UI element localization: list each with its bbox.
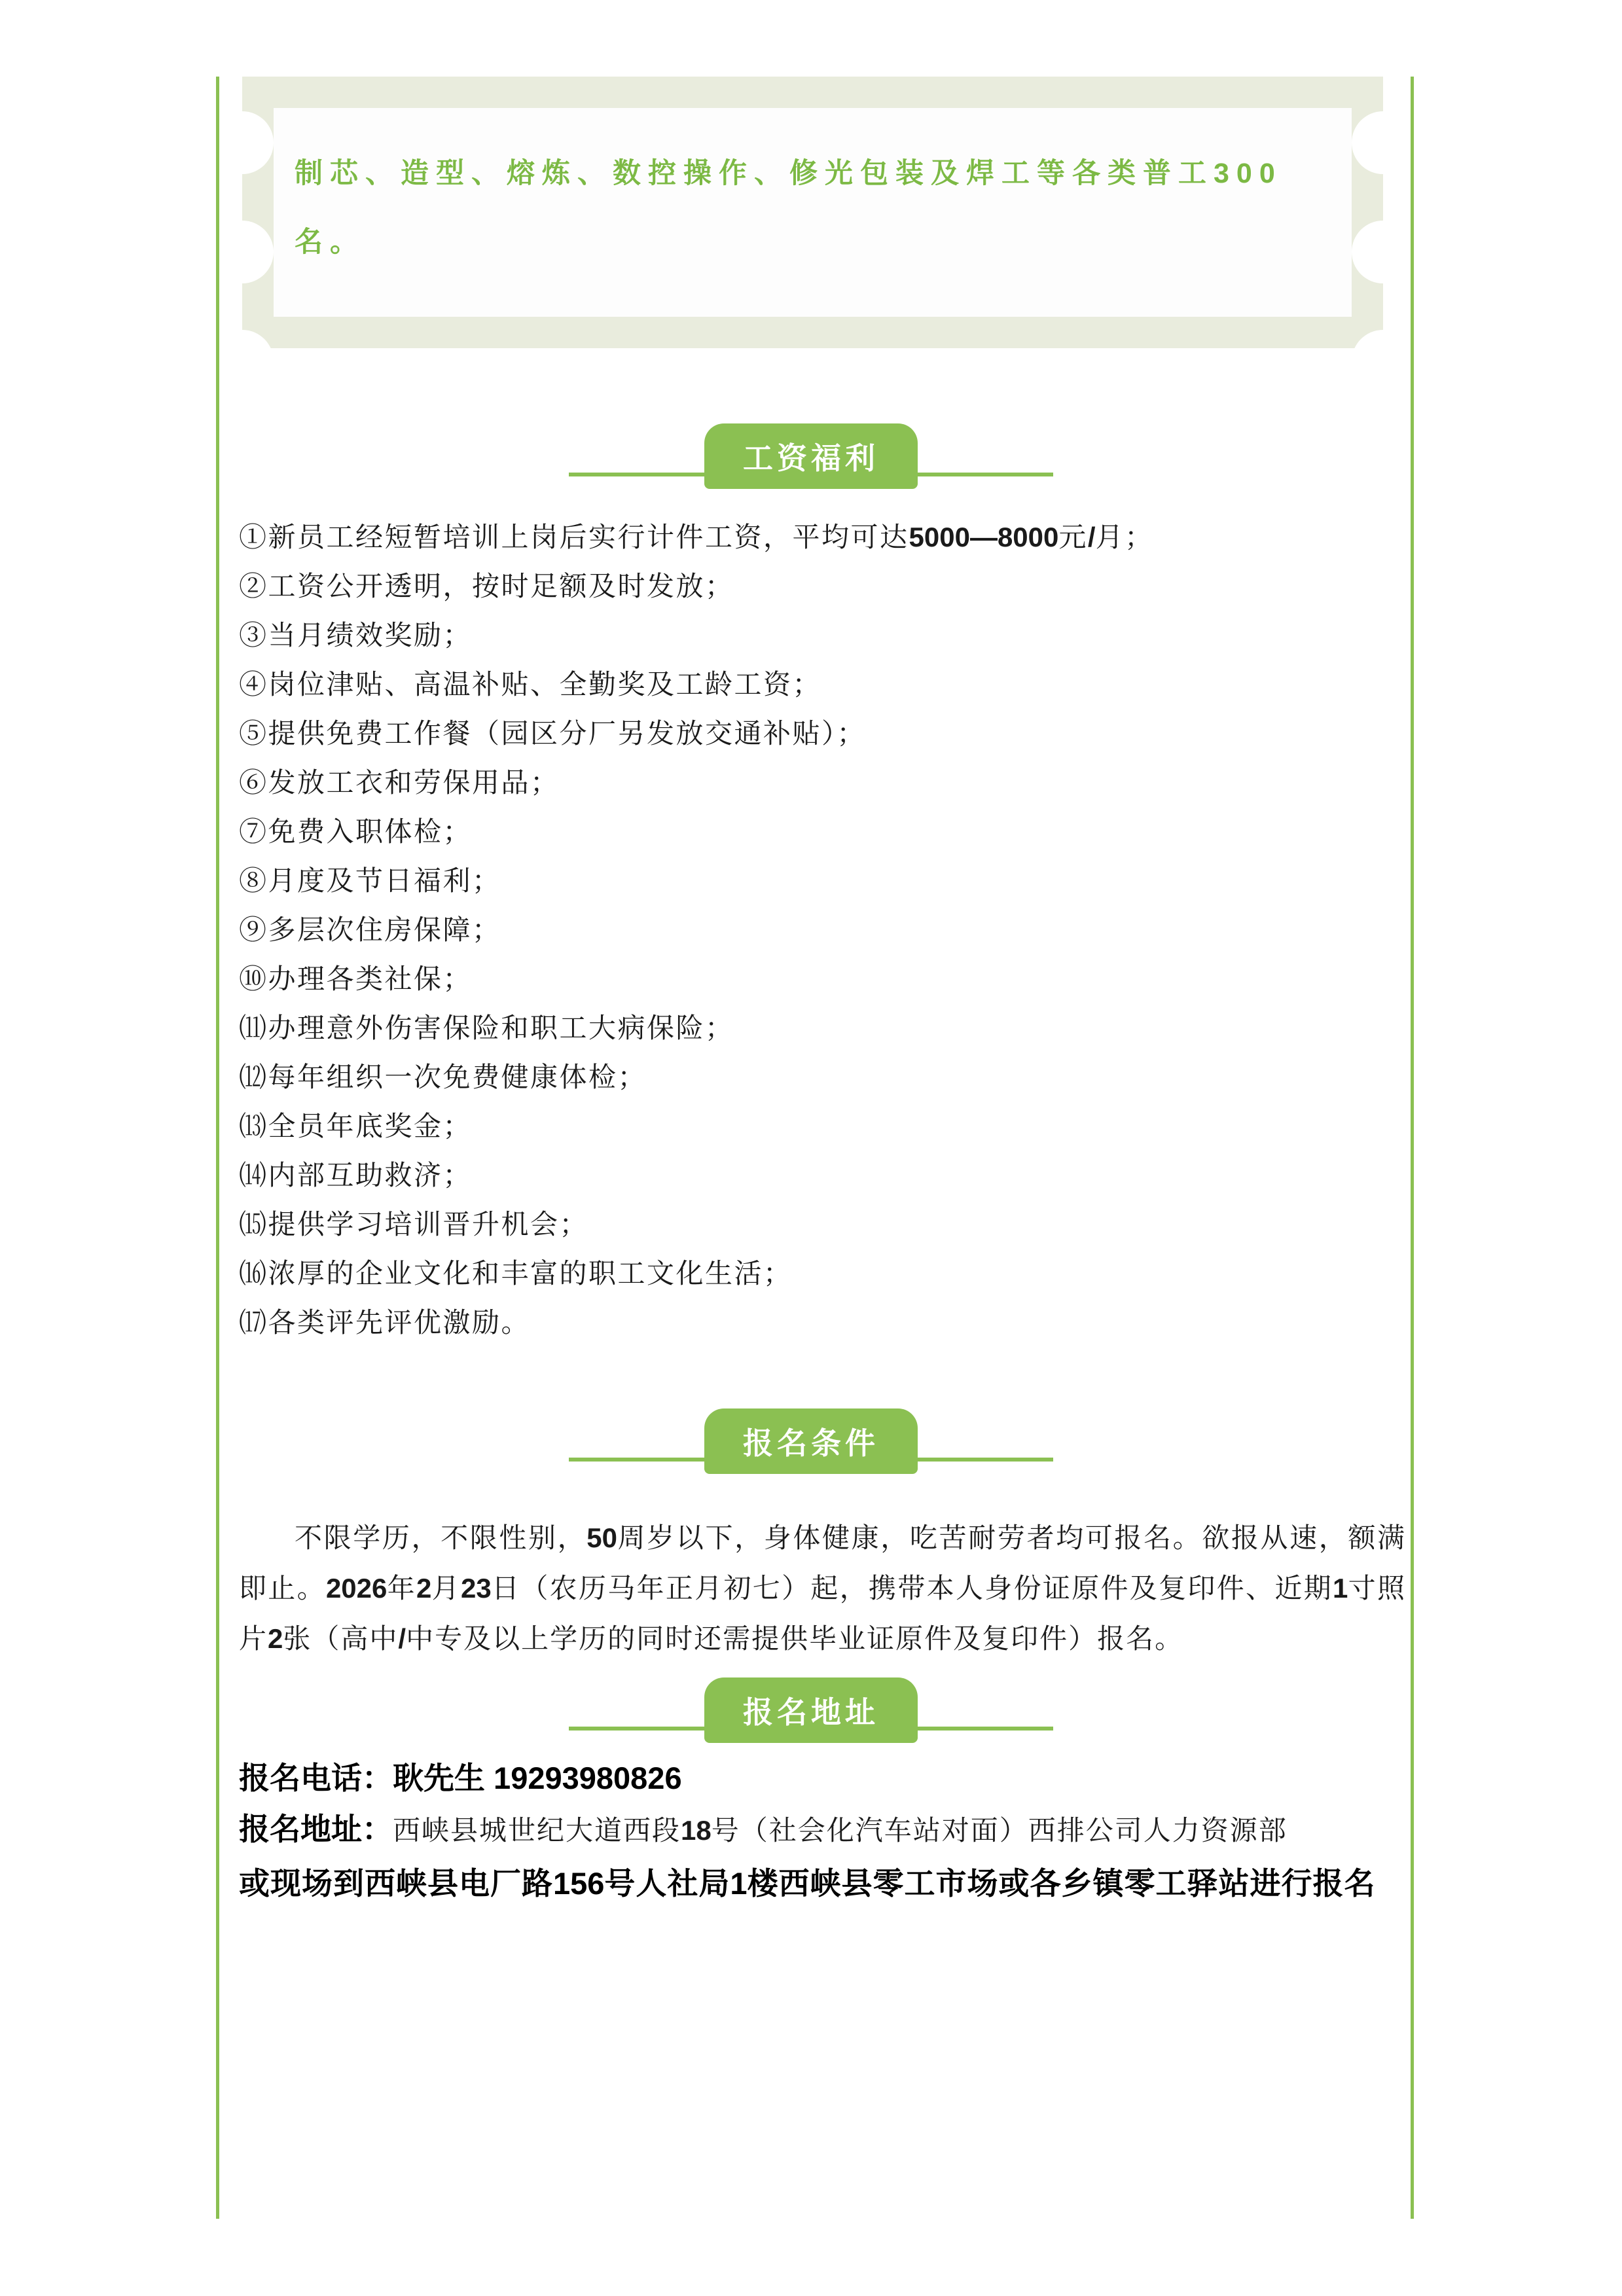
benefit-item: ⒁内部互助救济；: [239, 1152, 1407, 1201]
phone-value: 耿先生 19293980826: [393, 1761, 682, 1795]
conditions-paragraph: 不限学历，不限性别，50周岁以下，身体健康，吃苦耐劳者均可报名。欲报从速，额满即…: [239, 1513, 1406, 1664]
positions-ticket-banner: 制芯、造型、熔炼、数控操作、修光包装及焊工等各类普工300 名。: [242, 77, 1383, 348]
address-line: 报名地址：西峡县城世纪大道西段18号（社会化汽车站对面）西排公司人力资源部: [239, 1804, 1406, 1857]
benefit-item: ⑨多层次住房保障；: [239, 906, 1407, 956]
ticket-notch: [1352, 111, 1383, 174]
benefit-item: ⑦免费入职体检；: [239, 808, 1407, 857]
job-posting-page: 制芯、造型、熔炼、数控操作、修光包装及焊工等各类普工300 名。 工资福利 ①新…: [0, 0, 1622, 2296]
benefit-item: ③当月绩效奖励；: [239, 612, 1407, 661]
benefit-item: ⒀全员年底奖金；: [239, 1103, 1407, 1152]
benefit-item: ④岗位津贴、高温补贴、全勤奖及工龄工资；: [239, 661, 1407, 710]
section-badge-salary: 工资福利: [704, 423, 918, 489]
contact-block: 报名电话：耿先生 19293980826 报名地址：西峡县城世纪大道西段18号（…: [239, 1753, 1406, 1910]
benefit-item: ⒄各类评先评优激励。: [239, 1299, 1407, 1348]
address-label: 报名地址：: [239, 1812, 393, 1846]
benefit-item: ⒃浓厚的企业文化和丰富的职工文化生活；: [239, 1250, 1407, 1299]
ticket-notch: [242, 111, 274, 174]
address-extra-line: 或现场到西峡县电厂路156号人社局1楼西峡县零工市场或各乡镇零工驿站进行报名: [239, 1857, 1406, 1910]
right-border-line: [1411, 77, 1414, 2219]
section-title-salary: 工资福利: [743, 435, 879, 478]
section-header-address: 报名地址: [0, 1677, 1622, 1743]
ticket-notch: [242, 221, 274, 283]
section-title-address: 报名地址: [743, 1689, 879, 1732]
benefit-item: ⑧月度及节日福利；: [239, 857, 1407, 906]
section-title-conditions: 报名条件: [743, 1420, 879, 1463]
benefit-item: ⒂提供学习培训晋升机会；: [239, 1201, 1407, 1250]
section-badge-address: 报名地址: [704, 1677, 918, 1743]
left-border-line: [216, 77, 219, 2219]
benefit-item: ⑾办理意外伤害保险和职工大病保险；: [239, 1005, 1407, 1054]
benefit-item: ⑤提供免费工作餐（园区分厂另发放交通补贴）；: [239, 710, 1407, 759]
address-value: 西峡县城世纪大道西段18号（社会化汽车站对面）西排公司人力资源部: [393, 1816, 1288, 1846]
benefit-item: ②工资公开透明，按时足额及时发放；: [239, 563, 1407, 612]
section-badge-conditions: 报名条件: [704, 1408, 918, 1474]
section-header-salary: 工资福利: [0, 423, 1622, 489]
ticket-notch: [242, 330, 274, 348]
benefits-list: ①新员工经短暂培训上岗后实行计件工资，平均可达5000—8000元/月；②工资公…: [239, 512, 1407, 1348]
benefit-item: ①新员工经短暂培训上岗后实行计件工资，平均可达5000—8000元/月；: [239, 512, 1407, 563]
ticket-notch: [1352, 330, 1383, 348]
benefit-item: ⑩办理各类社保；: [239, 956, 1407, 1005]
section-header-conditions: 报名条件: [0, 1408, 1622, 1474]
ticket-notch: [1352, 221, 1383, 283]
positions-headline-line2: 名。: [295, 208, 1331, 277]
benefit-item: ⑥发放工衣和劳保用品；: [239, 759, 1407, 808]
positions-headline-card: 制芯、造型、熔炼、数控操作、修光包装及焊工等各类普工300 名。: [274, 108, 1352, 317]
phone-label: 报名电话：: [239, 1761, 393, 1795]
positions-headline-line1: 制芯、造型、熔炼、数控操作、修光包装及焊工等各类普工300: [295, 139, 1331, 208]
benefit-item: ⑿每年组织一次免费健康体检；: [239, 1054, 1407, 1103]
phone-line: 报名电话：耿先生 19293980826: [239, 1753, 1406, 1804]
